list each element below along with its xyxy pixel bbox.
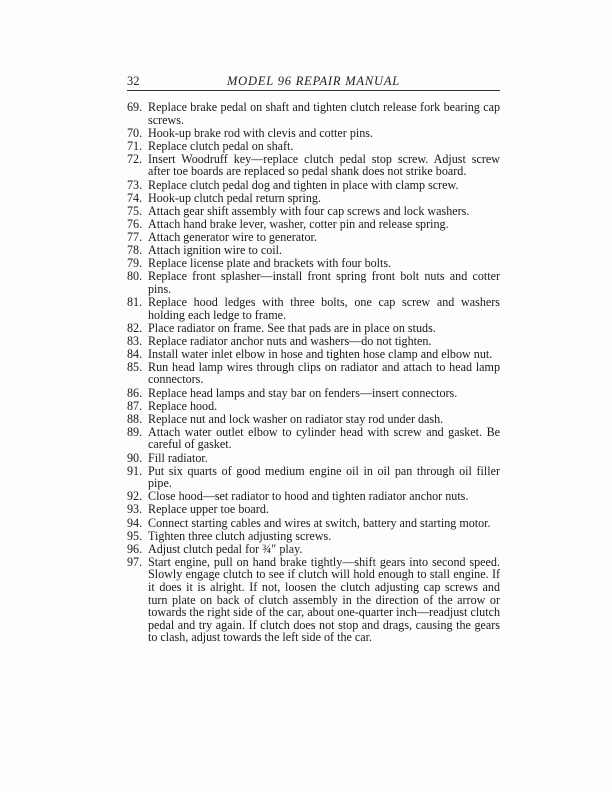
step-text: Replace brake pedal on shaft and tighten… <box>148 100 500 127</box>
step-number: 87. <box>127 400 142 413</box>
step-number: 83. <box>127 335 142 348</box>
step-text: Put six quarts of good medium engine oil… <box>148 464 500 491</box>
list-item: 79.Replace license plate and brackets wi… <box>127 257 500 270</box>
step-text: Fill radiator. <box>148 451 208 465</box>
list-item: 94.Connect starting cables and wires at … <box>127 517 500 530</box>
list-item: 91.Put six quarts of good medium engine … <box>127 465 500 490</box>
step-text: Replace license plate and brackets with … <box>148 256 391 270</box>
step-number: 81. <box>127 296 142 309</box>
step-text: Install water inlet elbow in hose and ti… <box>148 347 492 361</box>
step-number: 72. <box>127 153 142 166</box>
step-text: Insert Woodruff key—replace clutch pedal… <box>148 152 500 179</box>
step-text: Adjust clutch pedal for ¾″ play. <box>148 542 302 556</box>
list-item: 72.Insert Woodruff key—replace clutch pe… <box>127 153 500 178</box>
step-number: 79. <box>127 257 142 270</box>
manual-page: 32 MODEL 96 REPAIR MANUAL 69.Replace bra… <box>0 0 612 792</box>
step-text: Place radiator on frame. See that pads a… <box>148 321 436 335</box>
list-item: 95.Tighten three clutch adjusting screws… <box>127 530 500 543</box>
step-text: Replace head lamps and stay bar on fende… <box>148 386 457 400</box>
header-rule <box>127 90 500 91</box>
step-text: Replace clutch pedal on shaft. <box>148 139 293 153</box>
list-item: 81.Replace hood ledges with three bolts,… <box>127 296 500 321</box>
step-number: 78. <box>127 244 142 257</box>
step-text: Attach hand brake lever, washer, cotter … <box>148 217 449 231</box>
step-text: Run head lamp wires through clips on rad… <box>148 360 500 387</box>
step-number: 76. <box>127 218 142 231</box>
step-text: Attach ignition wire to coil. <box>148 243 282 257</box>
step-number: 80. <box>127 270 142 283</box>
step-number: 94. <box>127 517 142 530</box>
step-text: Start engine, pull on hand brake tightly… <box>148 555 500 645</box>
list-item: 74.Hook-up clutch pedal return spring. <box>127 192 500 205</box>
step-text: Close hood—set radiator to hood and tigh… <box>148 489 468 503</box>
list-item: 82.Place radiator on frame. See that pad… <box>127 322 500 335</box>
step-number: 91. <box>127 465 142 478</box>
step-number: 69. <box>127 101 142 114</box>
page-header: 32 MODEL 96 REPAIR MANUAL <box>127 74 500 90</box>
step-text: Replace nut and lock washer on radiator … <box>148 412 443 426</box>
step-number: 74. <box>127 192 142 205</box>
step-text: Replace hood ledges with three bolts, on… <box>148 295 500 322</box>
step-number: 75. <box>127 205 142 218</box>
step-text: Hook-up brake rod with clevis and cotter… <box>148 126 373 140</box>
step-text: Replace hood. <box>148 399 217 413</box>
step-number: 88. <box>127 413 142 426</box>
running-title: MODEL 96 REPAIR MANUAL <box>127 74 500 89</box>
list-item: 97.Start engine, pull on hand brake tigh… <box>127 556 500 644</box>
step-number: 95. <box>127 530 142 543</box>
step-text: Connect starting cables and wires at swi… <box>148 516 491 530</box>
list-item: 77.Attach generator wire to generator. <box>127 231 500 244</box>
step-text: Replace clutch pedal dog and tighten in … <box>148 178 459 192</box>
step-text: Attach gear shift assembly with four cap… <box>148 204 469 218</box>
list-item: 85.Run head lamp wires through clips on … <box>127 361 500 386</box>
list-item: 78.Attach ignition wire to coil. <box>127 244 500 257</box>
step-number: 97. <box>127 556 142 569</box>
step-number: 71. <box>127 140 142 153</box>
assembly-steps-list: 69.Replace brake pedal on shaft and tigh… <box>127 101 500 644</box>
list-item: 87.Replace hood. <box>127 400 500 413</box>
list-item: 76.Attach hand brake lever, washer, cott… <box>127 218 500 231</box>
step-number: 70. <box>127 127 142 140</box>
list-item: 89.Attach water outlet elbow to cylinder… <box>127 426 500 451</box>
step-number: 85. <box>127 361 142 374</box>
step-text: Replace upper toe board. <box>148 502 269 516</box>
step-text: Tighten three clutch adjusting screws. <box>148 529 331 543</box>
list-item: 73.Replace clutch pedal dog and tighten … <box>127 179 500 192</box>
step-number: 96. <box>127 543 142 556</box>
step-text: Hook-up clutch pedal return spring. <box>148 191 321 205</box>
step-number: 84. <box>127 348 142 361</box>
list-item: 96.Adjust clutch pedal for ¾″ play. <box>127 543 500 556</box>
step-number: 73. <box>127 179 142 192</box>
list-item: 69.Replace brake pedal on shaft and tigh… <box>127 101 500 126</box>
step-number: 92. <box>127 490 142 503</box>
list-item: 83.Replace radiator anchor nuts and wash… <box>127 335 500 348</box>
step-number: 90. <box>127 452 142 465</box>
list-item: 90.Fill radiator. <box>127 452 500 465</box>
step-number: 93. <box>127 503 142 516</box>
list-item: 70.Hook-up brake rod with clevis and cot… <box>127 127 500 140</box>
step-number: 89. <box>127 426 142 439</box>
step-number: 86. <box>127 387 142 400</box>
list-item: 88.Replace nut and lock washer on radiat… <box>127 413 500 426</box>
step-text: Replace front splasher—install front spr… <box>148 269 500 296</box>
step-number: 77. <box>127 231 142 244</box>
list-item: 86.Replace head lamps and stay bar on fe… <box>127 387 500 400</box>
step-text: Replace radiator anchor nuts and washers… <box>148 334 431 348</box>
step-number: 82. <box>127 322 142 335</box>
list-item: 80.Replace front splasher—install front … <box>127 270 500 295</box>
list-item: 92.Close hood—set radiator to hood and t… <box>127 490 500 503</box>
step-text: Attach generator wire to generator. <box>148 230 317 244</box>
list-item: 93.Replace upper toe board. <box>127 503 500 516</box>
list-item: 84.Install water inlet elbow in hose and… <box>127 348 500 361</box>
list-item: 75.Attach gear shift assembly with four … <box>127 205 500 218</box>
step-text: Attach water outlet elbow to cylinder he… <box>148 425 500 452</box>
list-item: 71.Replace clutch pedal on shaft. <box>127 140 500 153</box>
